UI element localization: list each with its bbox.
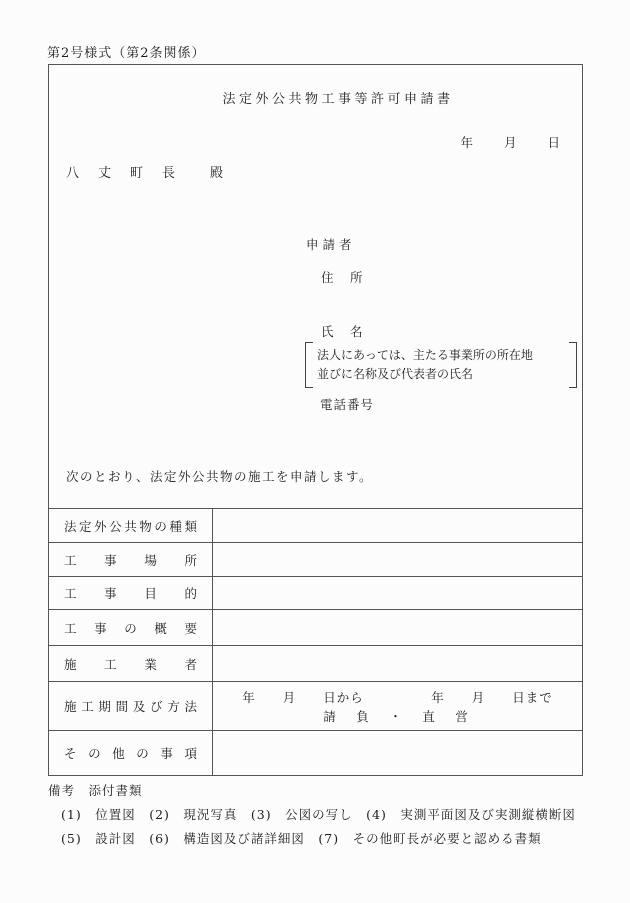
corporate-note-bracket: 法人にあっては、主たる事業所の所在地 並びに名称及び代表者の氏名	[305, 342, 577, 388]
row-label-cell: 施工期間及び方法	[49, 682, 213, 730]
table-row-work-purpose: 工事目的	[49, 576, 582, 609]
table-row-contractor: 施工業者	[49, 645, 582, 681]
applicant-phone-label: 電話番号	[320, 395, 374, 413]
remarks-title: 備考 添付書類	[48, 781, 143, 799]
application-form-box: 法定外公共物工事等許可申請書 年 月 日 八 丈 町 長 殿 申請者 住 所 氏…	[48, 64, 583, 776]
contract-type-line: 請 負 ・ 直 営	[323, 707, 472, 725]
table-row-period-method: 施工期間及び方法 年 月 日から 年 月 日まで 請 負 ・ 直 営	[49, 681, 582, 730]
period-dates-line: 年 月 日から 年 月 日まで	[242, 688, 553, 706]
row-label-cell: 施工業者	[49, 646, 213, 681]
attachments-line-2: (5) 設計図 (6) 構造図及び諸詳細図 (7) その他町長が必要と認める書類	[61, 829, 542, 847]
document-page: 第2号様式（第2条関係） 法定外公共物工事等許可申請書 年 月 日 八 丈 町 …	[0, 0, 630, 903]
form-number-label: 第2号様式（第2条関係）	[47, 42, 206, 61]
row-label: 工事の概要	[64, 619, 197, 637]
declaration-sentence: 次のとおり、法定外公共物の施工を申請します。	[66, 467, 373, 485]
applicant-address-label: 住 所	[321, 268, 365, 286]
table-row-kind: 法定外公共物の種類	[49, 508, 582, 542]
row-label: その他の事項	[64, 744, 197, 762]
date-line: 年 月 日	[49, 133, 582, 151]
corporate-note-line1: 法人にあっては、主たる事業所の所在地	[317, 346, 565, 365]
row-label: 施工期間及び方法	[64, 697, 197, 715]
form-title: 法定外公共物工事等許可申請書	[49, 88, 582, 107]
row-value-cell: 年 月 日から 年 月 日まで 請 負 ・ 直 営	[213, 682, 582, 730]
row-label: 施工業者	[64, 655, 197, 673]
form-header-section: 法定外公共物工事等許可申請書 年 月 日 八 丈 町 長 殿 申請者 住 所 氏…	[49, 65, 582, 508]
row-value-cell	[213, 646, 582, 681]
row-value-cell	[213, 731, 582, 775]
row-label-cell: その他の事項	[49, 731, 213, 775]
row-value-cell	[213, 577, 582, 609]
table-row-work-outline: 工事の概要	[49, 609, 582, 645]
row-value-cell	[213, 509, 582, 542]
row-label-cell: 法定外公共物の種類	[49, 509, 213, 542]
row-label: 工事場所	[64, 551, 197, 569]
row-label-cell: 工事場所	[49, 543, 213, 576]
applicant-label: 申請者	[306, 235, 356, 253]
table-row-work-location: 工事場所	[49, 542, 582, 576]
row-value-cell	[213, 543, 582, 576]
attachments-line-1: (1) 位置図 (2) 現況写真 (3) 公図の写し (4) 実測平面図及び実測…	[61, 805, 576, 823]
row-label: 法定外公共物の種類	[64, 517, 197, 535]
applicant-name-label: 氏 名	[321, 322, 365, 340]
corporate-note-line2: 並びに名称及び代表者の氏名	[317, 365, 565, 384]
table-row-other-matters: その他の事項	[49, 730, 582, 775]
row-label-cell: 工事の概要	[49, 610, 213, 645]
row-value-cell	[213, 610, 582, 645]
row-label-cell: 工事目的	[49, 577, 213, 609]
recipient-line: 八 丈 町 長 殿	[66, 162, 226, 181]
row-label: 工事目的	[64, 584, 197, 602]
